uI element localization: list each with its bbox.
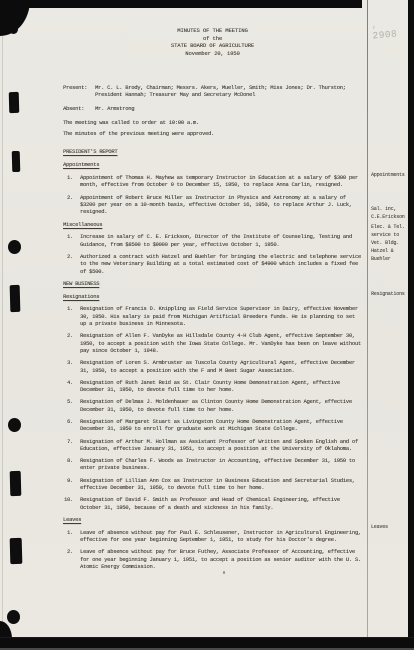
numbered-item: 8.Resignation of Charles F. Woods as Ins…: [63, 457, 362, 472]
item-number: 2.: [63, 332, 73, 354]
absent-label: Absent:: [63, 105, 95, 112]
item-text: Resignation of David F. Smith as Profess…: [80, 496, 362, 511]
numbered-item: 4.Resignation of Ruth Janet Reid as St. …: [63, 379, 362, 394]
title-line-2: of the: [63, 35, 362, 43]
scan-artifact: [223, 571, 225, 574]
item-number: 9.: [63, 477, 73, 492]
item-text: Increase in salary of C. E. Erickson, Di…: [80, 233, 362, 248]
present-names-line2: President Hannah; Treasurer May and Secr…: [95, 91, 362, 98]
binding-mark: [9, 92, 20, 113]
numbered-item: 2.Appointment of Robert Bruce Miller as …: [63, 194, 362, 216]
present-names-line1: Mr. C. L. Brody, Chairman; Messrs. Akers…: [95, 84, 362, 91]
item-number: 5.: [63, 398, 73, 413]
punch-hole: [8, 240, 21, 254]
absent-names: Mr. Armstrong: [95, 105, 362, 112]
item-number: 2.: [63, 253, 73, 275]
numbered-item: 6.Resignation of Margaret Stuart as Livi…: [63, 418, 362, 433]
title-line-3: STATE BOARD OF AGRICULTURE: [63, 42, 362, 50]
item-text: Resignation of Allen F. VanDyke as Hills…: [80, 332, 362, 354]
binding-mark: [10, 538, 23, 564]
item-text: Resignation of Lillian Ann Cox as Instru…: [80, 477, 362, 492]
item-text: Appointment of Thomas H. Mayhew as tempo…: [80, 174, 362, 189]
title-line-4: November 20, 1950: [63, 50, 362, 58]
item-number: 2.: [63, 194, 73, 216]
section-heading: Resignations: [63, 293, 362, 300]
item-text: Resignation of Margaret Stuart as Living…: [80, 418, 362, 433]
item-text: Resignation of Ruth Janet Reid as St. Cl…: [80, 379, 362, 394]
minutes-approved-text: The minutes of the previous meeting were…: [63, 130, 362, 137]
margin-note: Resignations: [371, 291, 407, 299]
item-text: Appointment of Robert Bruce Miller as In…: [80, 194, 362, 216]
numbered-item: 3.Resignation of Loren S. Armbruster as …: [63, 359, 362, 374]
numbered-item: 2.Resignation of Allen F. VanDyke as Hil…: [63, 332, 362, 354]
typewritten-content: MINUTES OF THE MEETING of the STATE BOAR…: [0, 0, 367, 637]
numbered-item: 9.Resignation of Lillian Ann Cox as Inst…: [63, 477, 362, 492]
numbered-item: 2.Authorized a contract with Hatzel and …: [63, 253, 362, 275]
item-text: Authorized a contract with Hatzel and Bu…: [80, 253, 362, 275]
item-number: 7.: [63, 438, 73, 453]
punch-hole: [8, 418, 21, 432]
item-number: 10.: [63, 496, 73, 511]
margin-column-rule: [367, 0, 368, 637]
item-number: 6.: [63, 418, 73, 433]
binding-mark: [10, 471, 22, 496]
numbered-item: 1.Leave of absence without pay for Paul …: [63, 529, 362, 544]
scan-edge-right: [408, 0, 414, 650]
item-number: 1.: [63, 529, 73, 544]
numbered-item: 1.Resignation of Francis D. Knippling as…: [63, 305, 362, 327]
present-names: Mr. C. L. Brody, Chairman; Messrs. Akers…: [95, 84, 362, 99]
item-text: Leave of absence without pay for Paul E.…: [80, 529, 362, 544]
item-text: Leave of absence without pay for Bruce F…: [80, 548, 362, 570]
margin-note: Leaves: [371, 524, 407, 532]
scanned-page-background: 2908 MINUTES OF THE MEETING of the STATE…: [0, 0, 414, 650]
present-label: Present:: [63, 84, 95, 99]
numbered-item: 1.Appointment of Thomas H. Mayhew as tem…: [63, 174, 362, 189]
title-line-1: MINUTES OF THE MEETING: [63, 27, 362, 35]
item-number: 2.: [63, 548, 73, 570]
item-number: 8.: [63, 457, 73, 472]
report-sections: PRESIDENT'S REPORTAppointments1.Appointm…: [63, 148, 362, 570]
margin-note: Elec. & Tel. service to Vet. Bldg. Hatze…: [371, 224, 407, 264]
item-text: Resignation of Charles F. Woods as Instr…: [80, 457, 362, 472]
section-heading: Leaves: [63, 516, 362, 523]
section-heading: NEW BUSINESS: [63, 280, 362, 287]
item-number: 3.: [63, 359, 73, 374]
section-heading: Appointments: [63, 161, 362, 168]
item-text: Resignation of Delmas J. Moldenhauer as …: [80, 398, 362, 413]
margin-note: Sal. inc, C.E.Erickson: [371, 206, 407, 222]
numbered-item: 7.Resignation of Arthur M. Hollman as As…: [63, 438, 362, 453]
called-to-order-text: The meeting was called to order at 10:00…: [63, 119, 362, 126]
item-number: 4.: [63, 379, 73, 394]
item-number: 1.: [63, 233, 73, 248]
numbered-item: 2.Leave of absence without pay for Bruce…: [63, 548, 362, 570]
item-number: 1.: [63, 174, 73, 189]
numbered-item: 5.Resignation of Delmas J. Moldenhauer a…: [63, 398, 362, 413]
numbered-item: 10.Resignation of David F. Smith as Prof…: [63, 496, 362, 511]
punch-hole: [7, 610, 20, 624]
item-number: 1.: [63, 305, 73, 327]
scan-edge-top: [0, 0, 362, 8]
item-text: Resignation of Loren S. Armbruster as Tu…: [80, 359, 362, 374]
document-title-block: MINUTES OF THE MEETING of the STATE BOAR…: [63, 27, 362, 57]
folio-number-stamp: 2908: [371, 16, 409, 41]
numbered-item: 1.Increase in salary of C. E. Erickson, …: [63, 233, 362, 248]
margin-note: Appointments: [371, 172, 407, 180]
binding-mark: [10, 285, 21, 312]
present-row: Present: Mr. C. L. Brody, Chairman; Mess…: [63, 84, 362, 99]
item-text: Resignation of Arthur M. Hollman as Assi…: [80, 438, 362, 453]
section-heading: PRESIDENT'S REPORT: [63, 148, 362, 155]
binding-mark: [12, 151, 21, 172]
section-heading: Miscellaneous: [63, 221, 362, 228]
document-page: 2908 MINUTES OF THE MEETING of the STATE…: [0, 0, 408, 637]
item-text: Resignation of Francis D. Knippling as F…: [80, 305, 362, 327]
absent-row: Absent: Mr. Armstrong: [63, 105, 362, 112]
